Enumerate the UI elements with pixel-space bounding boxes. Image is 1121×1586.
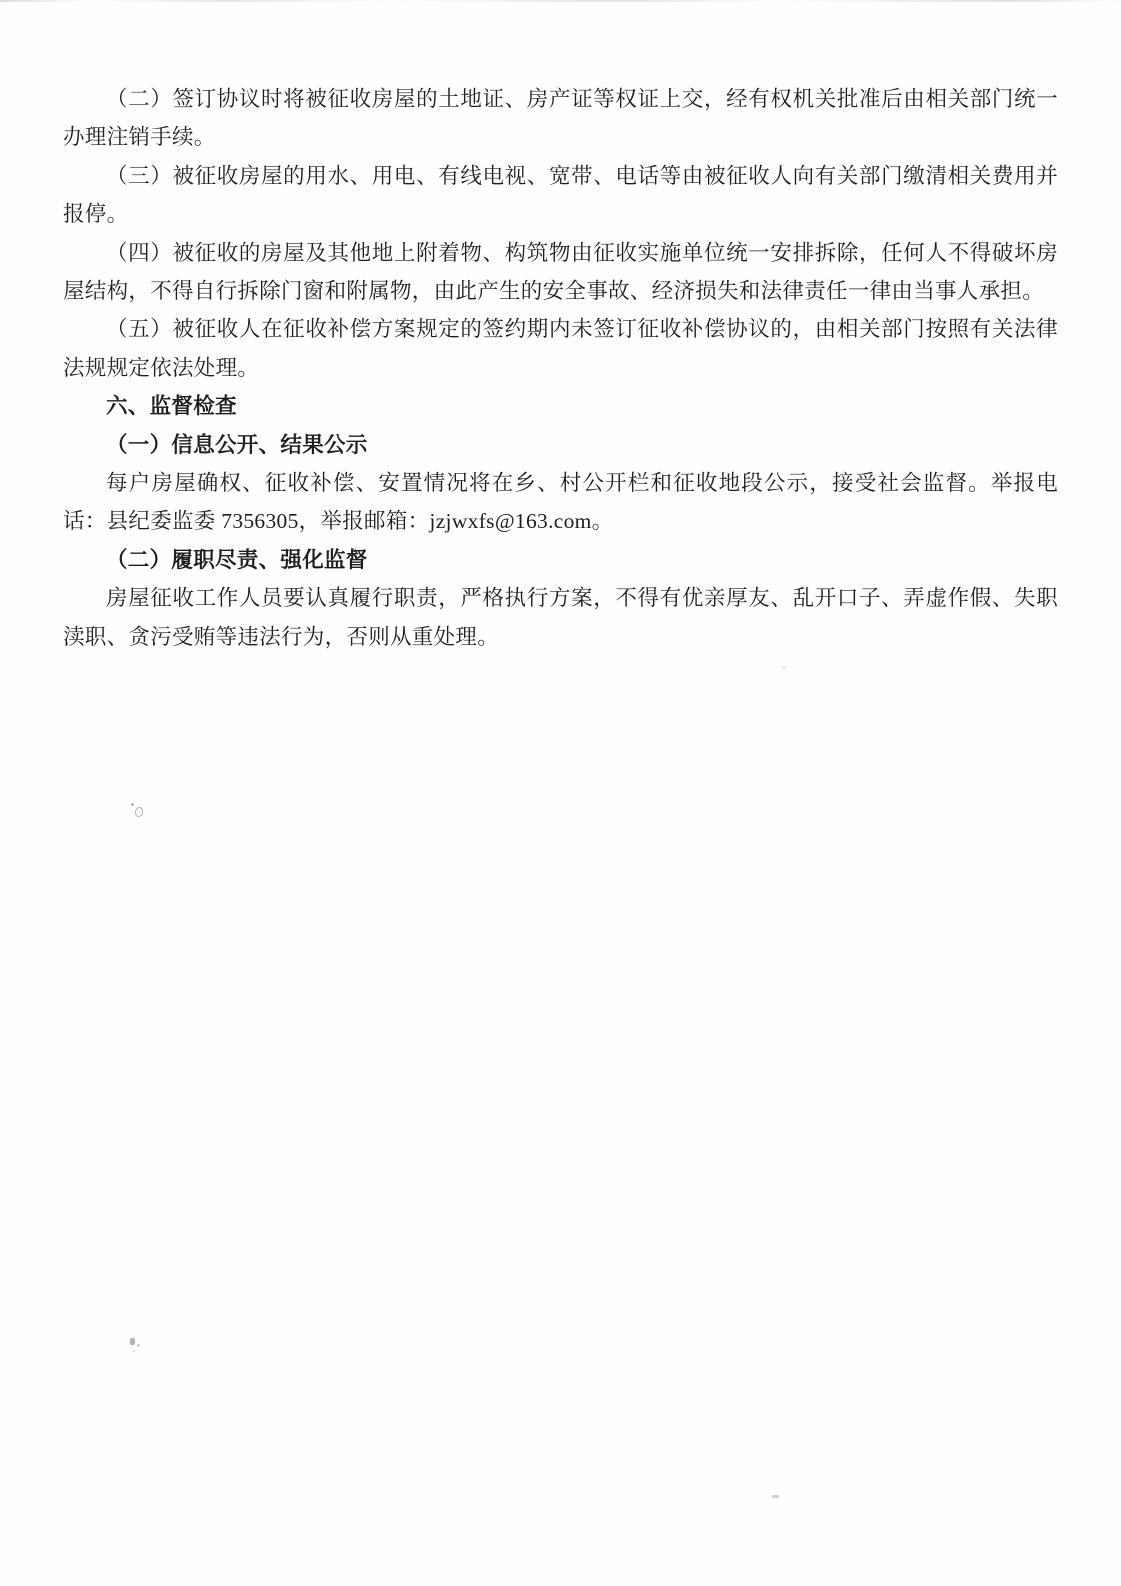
subheading-info-disclosure: （一）信息公开、结果公示 — [63, 426, 1058, 464]
clause-4-demolition: （四）被征收的房屋及其他地上附着物、构筑物由征收实施单位统一安排拆除，任何人不得… — [63, 234, 1058, 311]
clause-3-utilities: （三）被征收房屋的用水、用电、有线电视、宽带、电话等由被征收人向有关部门缴清相关… — [63, 157, 1058, 234]
document-content: （二）签订协议时将被征收房屋的土地证、房产证等权证上交，经有权机关批准后由相关部… — [63, 80, 1058, 656]
paragraph-duty-requirements: 房屋征收工作人员要认真履行职责，严格执行方案，不得有优亲厚友、乱开口子、弄虚作假… — [63, 579, 1058, 656]
subheading-duty-supervision: （二）履职尽责、强化监督 — [63, 541, 1058, 579]
document-page: （二）签订协议时将被征收房屋的土地证、房产证等权证上交，经有权机关批准后由相关部… — [0, 0, 1121, 1586]
section-heading-supervision: 六、监督检查 — [63, 387, 1058, 425]
clause-2-title-deeds: （二）签订协议时将被征收房屋的土地证、房产证等权证上交，经有权机关批准后由相关部… — [63, 80, 1058, 157]
paragraph-disclosure-contact: 每户房屋确权、征收补偿、安置情况将在乡、村公开栏和征收地段公示，接受社会监督。举… — [63, 464, 1058, 541]
scan-edge-artifact — [0, 0, 1121, 2]
clause-5-overdue-agreement: （五）被征收人在征收补偿方案规定的签约期内未签订征收补偿协议的，由相关部门按照有… — [63, 310, 1058, 387]
